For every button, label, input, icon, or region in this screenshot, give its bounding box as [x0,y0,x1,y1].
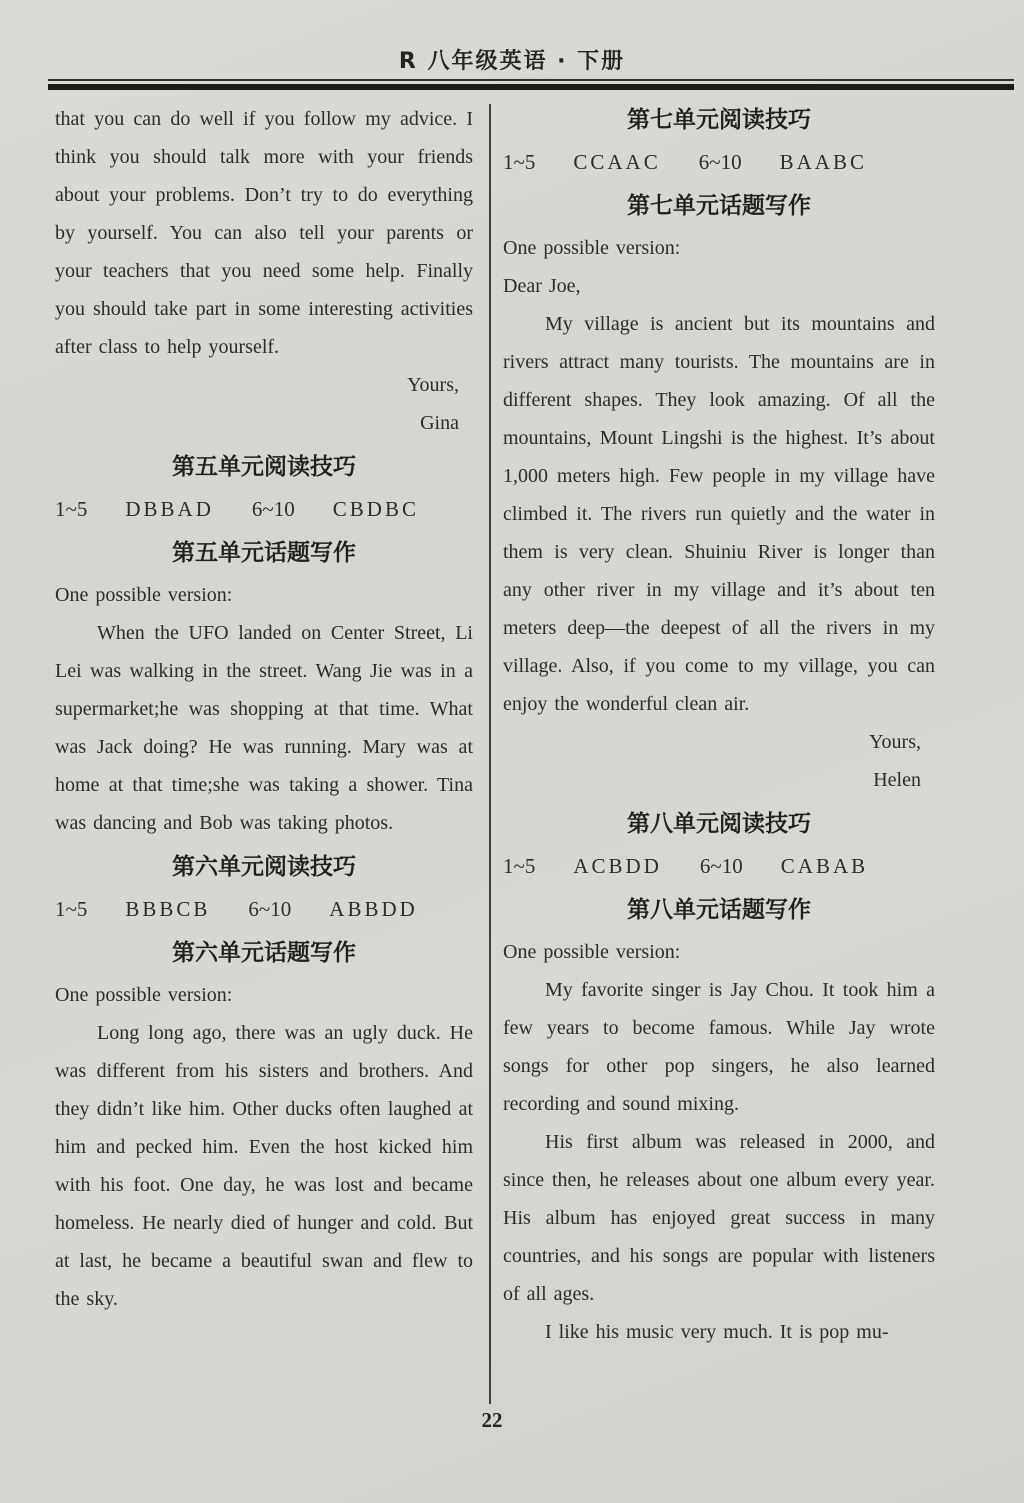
unit7-answer-letters-2: BAABC [780,143,867,181]
unit6-one-possible-version: One possible version: [55,976,473,1014]
unit8-reading-answers: 1~5ACBDD6~10CABAB [503,847,935,885]
unit6-answer-letters-1: BBBCB [125,890,210,928]
unit7-reading-answers: 1~5CCAAC6~10BAABC [503,143,935,181]
unit5-answer-letters-2: CBDBC [333,490,419,528]
letter-signature-gina: Gina [55,404,473,442]
letter-continuation-paragraph: that you can do well if you follow my ad… [55,100,473,366]
unit6-answer-range-1: 1~5 [55,890,87,928]
unit5-answer-range-2: 6~10 [252,490,295,528]
unit6-reading-answers: 1~5BBBCB6~10ABBDD [55,890,473,928]
unit6-reading-heading: 第六单元阅读技巧 [55,847,473,887]
page-header-title: R 八年级英语 · 下册 [0,44,1024,75]
column-divider [489,104,491,1404]
unit7-one-possible-version: One possible version: [503,229,935,267]
unit7-letter-salutation: Dear Joe, [503,267,935,305]
unit8-answer-range-2: 6~10 [700,847,743,885]
unit7-essay-paragraph: My village is ancient but its mountains … [503,305,935,723]
unit8-answer-letters-1: ACBDD [573,847,662,885]
column-right: 第七单元阅读技巧 1~5CCAAC6~10BAABC 第七单元话题写作 One … [503,100,935,1351]
unit8-answer-range-1: 1~5 [503,847,535,885]
unit6-answer-letters-2: ABBDD [329,890,418,928]
unit5-writing-heading: 第五单元话题写作 [55,533,473,573]
unit8-essay-paragraph-1: My favorite singer is Jay Chou. It took … [503,971,935,1123]
unit6-writing-heading: 第六单元话题写作 [55,933,473,973]
unit7-signature-helen: Helen [503,761,935,799]
header-rule-thin [48,79,1014,81]
unit5-reading-answers: 1~5DBBAD6~10CBDBC [55,490,473,528]
letter-closing-yours: Yours, [55,366,473,404]
unit5-one-possible-version: One possible version: [55,576,473,614]
unit8-essay-paragraph-2: His first album was released in 2000, an… [503,1123,935,1313]
unit8-reading-heading: 第八单元阅读技巧 [503,804,935,844]
unit7-writing-heading: 第七单元话题写作 [503,186,935,226]
header-rule-thick [48,84,1014,90]
unit5-essay-paragraph: When the UFO landed on Center Street, Li… [55,614,473,842]
unit5-answer-letters-1: DBBAD [125,490,214,528]
unit5-answer-range-1: 1~5 [55,490,87,528]
unit7-closing-yours: Yours, [503,723,935,761]
column-left: that you can do well if you follow my ad… [55,100,473,1318]
unit6-essay-paragraph: Long long ago, there was an ugly duck. H… [55,1014,473,1318]
unit8-one-possible-version: One possible version: [503,933,935,971]
unit7-answer-range-2: 6~10 [699,143,742,181]
unit7-answer-letters-1: CCAAC [573,143,660,181]
unit6-answer-range-2: 6~10 [248,890,291,928]
unit5-reading-heading: 第五单元阅读技巧 [55,447,473,487]
unit8-answer-letters-2: CABAB [781,847,868,885]
unit8-essay-paragraph-3: I like his music very much. It is pop mu… [503,1313,935,1351]
unit8-writing-heading: 第八单元话题写作 [503,890,935,930]
unit7-answer-range-1: 1~5 [503,143,535,181]
page-number: 22 [452,1408,532,1433]
unit7-reading-heading: 第七单元阅读技巧 [503,100,935,140]
